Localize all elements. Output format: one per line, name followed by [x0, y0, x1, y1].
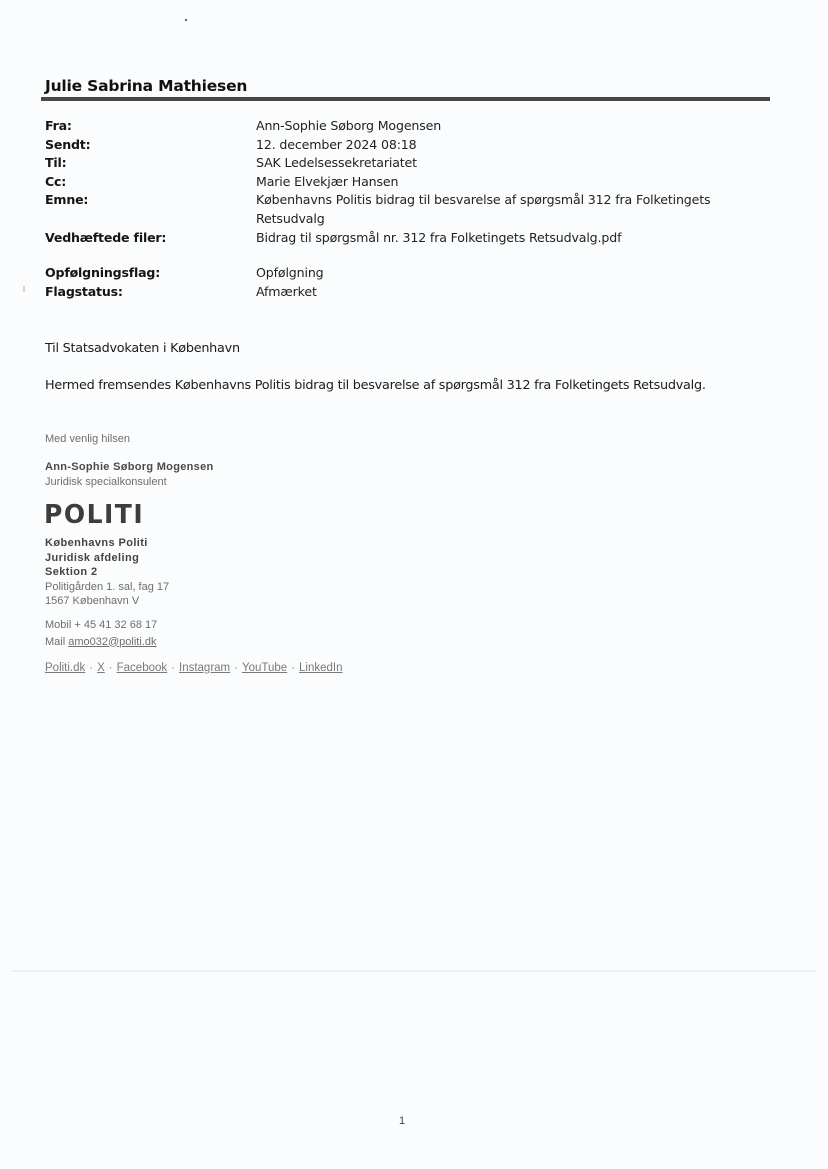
meta-row-to: Til: SAK Ledelsessekretariatet: [45, 154, 745, 173]
subject-label: Emne:: [45, 191, 256, 228]
meta-row-from: Fra: Ann-Sophie Søborg Mogensen: [45, 117, 745, 136]
from-value: Ann-Sophie Søborg Mogensen: [256, 117, 745, 136]
scan-fold-line: [11, 970, 816, 972]
org-line-3: Sektion 2: [45, 565, 169, 580]
flag-status-label: Flagstatus:: [45, 283, 256, 302]
address-line-1: Politigården 1. sal, fag 17: [45, 580, 169, 595]
salutation: Til Statsadvokaten i København: [45, 341, 240, 356]
mail-link[interactable]: amo032@politi.dk: [68, 636, 156, 648]
subject-value: Københavns Politis bidrag til besvarelse…: [256, 191, 745, 228]
from-label: Fra:: [45, 117, 256, 136]
page-number: 1: [399, 1115, 405, 1127]
followup-flag-value: Opfølgning: [256, 264, 745, 283]
scan-speck: [185, 19, 187, 21]
message-body: Hermed fremsendes Københavns Politis bid…: [45, 378, 706, 393]
email-header: Fra: Ann-Sophie Søborg Mogensen Sendt: 1…: [45, 117, 745, 301]
link-instagram[interactable]: Instagram: [179, 662, 230, 674]
meta-row-followup-flag: Opfølgningsflag: Opfølgning: [45, 264, 745, 283]
to-label: Til:: [45, 154, 256, 173]
signature-block-name: Ann-Sophie Søborg Mogensen Juridisk spec…: [45, 460, 214, 489]
mobile-label: Mobil: [45, 619, 71, 631]
link-separator: ·: [89, 662, 93, 674]
meta-row-attachments: Vedhæftede filer: Bidrag til spørgsmål n…: [45, 229, 745, 248]
mailbox-owner-name: Julie Sabrina Mathiesen: [45, 77, 247, 95]
link-x[interactable]: X: [97, 662, 105, 674]
mobile-number: + 45 41 32 68 17: [74, 619, 157, 631]
meta-row-subject: Emne: Københavns Politis bidrag til besv…: [45, 191, 745, 228]
header-rule: [41, 97, 770, 101]
meta-row-flag-status: Flagstatus: Afmærket: [45, 283, 745, 302]
signature-name: Ann-Sophie Søborg Mogensen: [45, 460, 214, 475]
politi-logo: POLITI: [44, 500, 144, 530]
sent-label: Sendt:: [45, 136, 256, 155]
attachments-label: Vedhæftede filer:: [45, 229, 256, 248]
subject-line-1: Københavns Politis bidrag til besvarelse…: [256, 192, 710, 207]
link-separator: ·: [234, 662, 238, 674]
to-value: SAK Ledelsessekretariatet: [256, 154, 745, 173]
org-line-1: Københavns Politi: [45, 536, 169, 551]
sent-value: 12. december 2024 08:18: [256, 136, 745, 155]
signature-org: Københavns Politi Juridisk afdeling Sekt…: [45, 536, 169, 609]
org-line-2: Juridisk afdeling: [45, 551, 169, 566]
flag-status-value: Afmærket: [256, 283, 745, 302]
scan-mark: [23, 286, 25, 292]
mail-label: Mail: [45, 636, 65, 648]
link-facebook[interactable]: Facebook: [117, 662, 168, 674]
address-line-2: 1567 København V: [45, 594, 169, 609]
link-linkedin[interactable]: LinkedIn: [299, 662, 342, 674]
mail-line: Mail amo032@politi.dk: [45, 635, 157, 650]
attachment-file[interactable]: Bidrag til spørgsmål nr. 312 fra Folketi…: [256, 229, 745, 248]
subject-line-2: Retsudvalg: [256, 211, 325, 226]
mobile-line: Mobil + 45 41 32 68 17: [45, 618, 157, 633]
meta-row-sent: Sendt: 12. december 2024 08:18: [45, 136, 745, 155]
followup-flag-label: Opfølgningsflag:: [45, 264, 256, 283]
signature-closing: Med venlig hilsen: [45, 432, 130, 447]
link-separator: ·: [171, 662, 175, 674]
social-links: Politi.dk·X·Facebook·Instagram·YouTube·L…: [45, 662, 343, 674]
signature-contact: Mobil + 45 41 32 68 17 Mail amo032@polit…: [45, 618, 157, 649]
meta-row-cc: Cc: Marie Elvekjær Hansen: [45, 173, 745, 192]
link-youtube[interactable]: YouTube: [242, 662, 287, 674]
link-politi-dk[interactable]: Politi.dk: [45, 662, 85, 674]
link-separator: ·: [109, 662, 113, 674]
link-separator: ·: [291, 662, 295, 674]
cc-value: Marie Elvekjær Hansen: [256, 173, 745, 192]
cc-label: Cc:: [45, 173, 256, 192]
signature-title: Juridisk specialkonsulent: [45, 475, 214, 490]
